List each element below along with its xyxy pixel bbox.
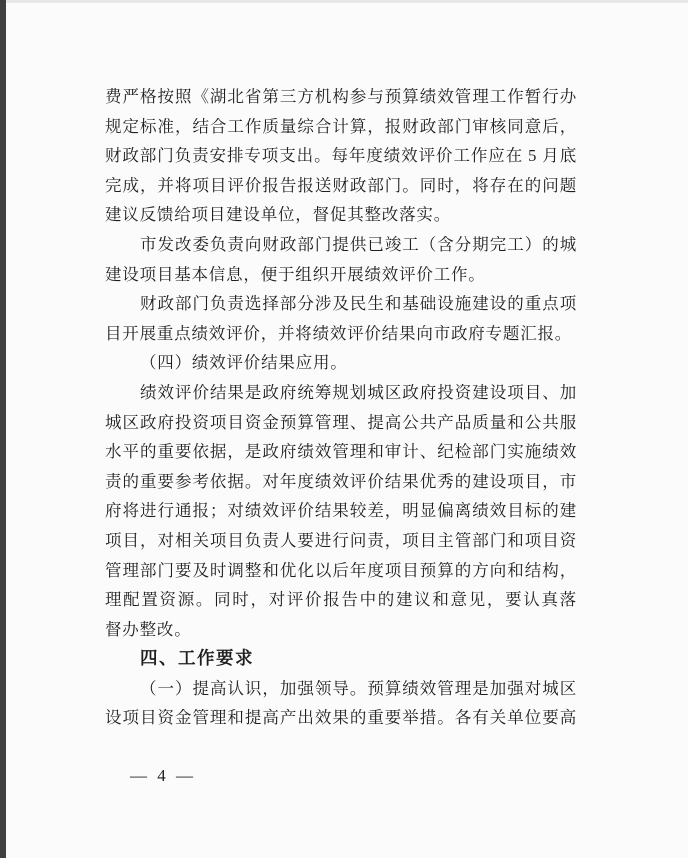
document-line: （一）提高认识，加强领导。预算绩效管理是加强对城区建 [105,674,577,704]
document-line: 水平的重要依据，是政府绩效管理和审计、纪检部门实施绩效问 [105,437,577,467]
document-line: 目开展重点绩效评价，并将绩效评价结果向市政府专题汇报。 [105,319,577,349]
document-line: 督办整改。 [105,615,577,645]
document-line: 费严格按照《湖北省第三方机构参与预算绩效管理工作暂行办法》 [105,82,577,112]
scan-edge-left [0,0,6,858]
document-line: 规定标准，结合工作质量综合计算，报财政部门审核同意后，由 [105,112,577,142]
document-line: 财政部门负责选择部分涉及民生和基础设施建设的重点项 [105,289,577,319]
document-line: 府将进行通报；对绩效评价结果较差，明显偏离绩效目标的建设 [105,496,577,526]
document-body-text: 费严格按照《湖北省第三方机构参与预算绩效管理工作暂行办法》规定标准，结合工作质量… [105,82,577,733]
document-lines: 费严格按照《湖北省第三方机构参与预算绩效管理工作暂行办法》规定标准，结合工作质量… [105,82,577,733]
document-line: （四）绩效评价结果应用。 [105,348,577,378]
document-line: 城区政府投资项目资金预算管理、提高公共产品质量和公共服务 [105,408,577,438]
paper-background: 费严格按照《湖北省第三方机构参与预算绩效管理工作暂行办法》规定标准，结合工作质量… [0,0,688,858]
document-line: 设项目资金管理和提高产出效果的重要举措。各有关单位要高度 [105,703,577,733]
document-line: 完成，并将项目评价报告报送财政部门。同时，将存在的问题和 [105,171,577,201]
document-line: 理配置资源。同时，对评价报告中的建议和意见，要认真落实， [105,585,577,615]
page-number: — 4 — [130,766,196,786]
document-line: 责的重要参考依据。对年度绩效评价结果优秀的建设项目，市政 [105,467,577,497]
document-line: 四、工作要求 [105,644,577,674]
document-line: 管理部门要及时调整和优化以后年度项目预算的方向和结构，合 [105,556,577,586]
scanned-document-page: { "page": { "number_label": "— 4 —", "co… [0,0,688,858]
document-line: 建议反馈给项目建设单位，督促其整改落实。 [105,200,577,230]
document-line: 项目，对相关项目负责人要进行问责，项目主管部门和项目资金 [105,526,577,556]
document-line: 财政部门负责安排专项支出。每年度绩效评价工作应在 5 月底前 [105,141,577,171]
document-line: 绩效评价结果是政府统筹规划城区政府投资建设项目、加强 [105,378,577,408]
document-line: 建设项目基本信息，便于组织开展绩效评价工作。 [105,260,577,290]
document-line: 市发改委负责向财政部门提供已竣工（含分期完工）的城区 [105,230,577,260]
scan-edge-top [0,0,688,3]
